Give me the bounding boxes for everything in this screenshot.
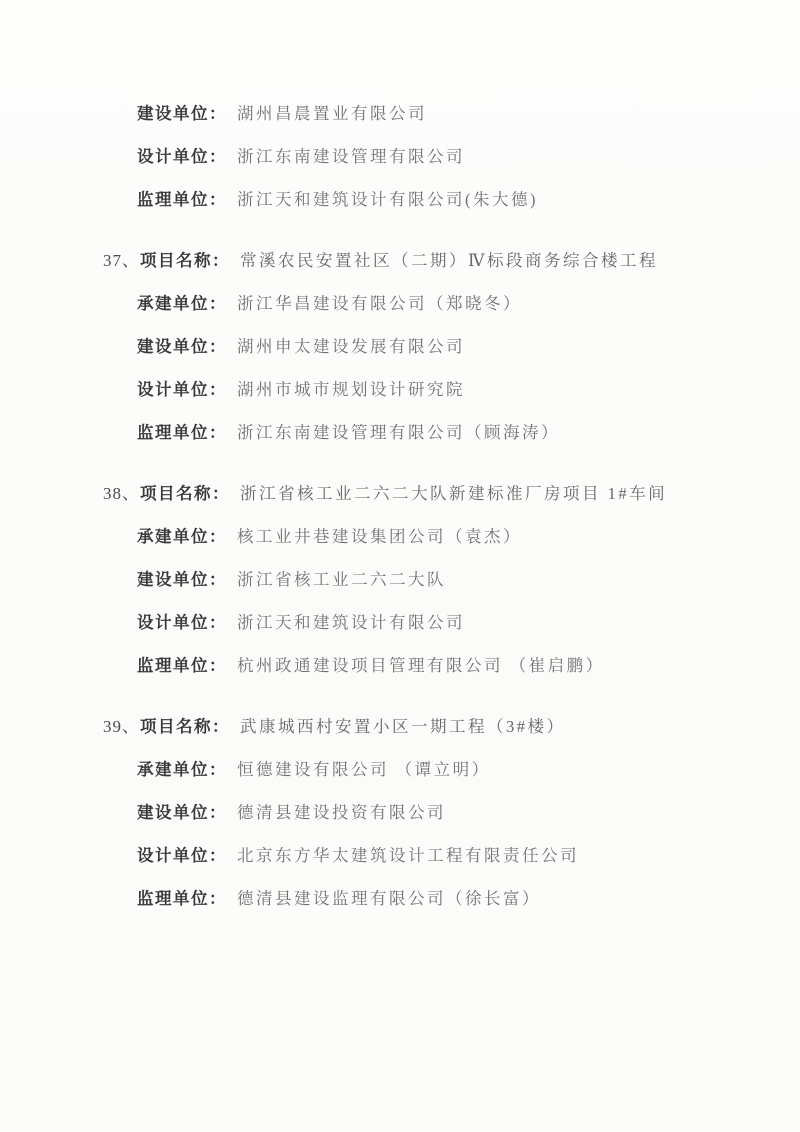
field-value: 德清县建设监理有限公司（徐长富） <box>237 889 541 908</box>
field-label: 监理单位： <box>137 423 227 442</box>
field-label: 建设单位： <box>137 104 227 123</box>
field-value: 浙江东南建设管理有限公司 <box>237 147 465 166</box>
project-block-38: 38、项目名称：浙江省核工业二六二大队新建标准厂房项目 1#车间 承建单位：核工… <box>103 479 760 676</box>
field-value: 杭州政通建设项目管理有限公司 （崔启鹏） <box>237 656 605 675</box>
project-name: 常溪农民安置社区（二期）Ⅳ标段商务综合楼工程 <box>240 251 658 270</box>
field-label: 建设单位： <box>137 337 227 356</box>
field-line: 建设单位：湖州申太建设发展有限公司 <box>137 333 760 357</box>
project-title-line: 39、项目名称：武康城西村安置小区一期工程（3#楼） <box>103 712 760 737</box>
field-line: 建设单位：浙江省核工业二六二大队 <box>137 566 760 590</box>
document-page: 建设单位：湖州昌晨置业有限公司 设计单位：浙江东南建设管理有限公司 监理单位：浙… <box>0 0 800 1132</box>
field-label: 监理单位： <box>137 656 227 675</box>
field-label: 设计单位： <box>137 613 227 632</box>
field-line: 承建单位：浙江华昌建设有限公司（郑晓冬） <box>137 290 760 314</box>
field-label: 承建单位： <box>137 527 227 546</box>
project-number: 38、 <box>103 479 140 504</box>
field-value: 湖州昌晨置业有限公司 <box>237 104 427 123</box>
field-line: 监理单位：德清县建设监理有限公司（徐长富） <box>137 885 760 909</box>
project-block-39: 39、项目名称：武康城西村安置小区一期工程（3#楼） 承建单位：恒德建设有限公司… <box>103 712 760 909</box>
field-line: 监理单位：浙江天和建筑设计有限公司(朱大德) <box>137 186 760 210</box>
project-name-label: 项目名称： <box>140 484 230 503</box>
field-value: 湖州申太建设发展有限公司 <box>237 337 465 356</box>
project-name-label: 项目名称： <box>140 251 230 270</box>
project-number: 39、 <box>103 712 140 737</box>
field-value: 北京东方华太建筑设计工程有限责任公司 <box>237 846 579 865</box>
field-label: 监理单位： <box>137 889 227 908</box>
field-value: 浙江天和建筑设计有限公司 <box>237 613 465 632</box>
field-value: 湖州市城市规划设计研究院 <box>237 380 465 399</box>
field-line: 设计单位：北京东方华太建筑设计工程有限责任公司 <box>137 842 760 866</box>
project-title-line: 37、项目名称：常溪农民安置社区（二期）Ⅳ标段商务综合楼工程 <box>103 246 760 271</box>
field-line: 建设单位：德清县建设投资有限公司 <box>137 799 760 823</box>
project-number: 37、 <box>103 246 140 271</box>
project-block-partial: 建设单位：湖州昌晨置业有限公司 设计单位：浙江东南建设管理有限公司 监理单位：浙… <box>137 100 760 210</box>
project-title-line: 38、项目名称：浙江省核工业二六二大队新建标准厂房项目 1#车间 <box>103 479 760 504</box>
field-label: 承建单位： <box>137 294 227 313</box>
field-line: 建设单位：湖州昌晨置业有限公司 <box>137 100 760 124</box>
field-value: 恒德建设有限公司 （谭立明） <box>237 760 491 779</box>
field-line: 监理单位：浙江东南建设管理有限公司（顾海涛） <box>137 419 760 443</box>
field-label: 监理单位： <box>137 190 227 209</box>
field-value: 浙江省核工业二六二大队 <box>237 570 446 589</box>
field-line: 设计单位：浙江天和建筑设计有限公司 <box>137 609 760 633</box>
field-value: 浙江东南建设管理有限公司（顾海涛） <box>237 423 560 442</box>
field-value: 德清县建设投资有限公司 <box>237 803 446 822</box>
field-line: 设计单位：湖州市城市规划设计研究院 <box>137 376 760 400</box>
field-label: 设计单位： <box>137 380 227 399</box>
project-name: 浙江省核工业二六二大队新建标准厂房项目 1#车间 <box>240 484 667 503</box>
field-label: 承建单位： <box>137 760 227 779</box>
field-label: 建设单位： <box>137 570 227 589</box>
field-line: 监理单位：杭州政通建设项目管理有限公司 （崔启鹏） <box>137 652 760 676</box>
field-value: 浙江天和建筑设计有限公司(朱大德) <box>237 190 538 209</box>
field-line: 承建单位：核工业井巷建设集团公司（袁杰） <box>137 523 760 547</box>
project-block-37: 37、项目名称：常溪农民安置社区（二期）Ⅳ标段商务综合楼工程 承建单位：浙江华昌… <box>103 246 760 443</box>
field-label: 建设单位： <box>137 803 227 822</box>
field-line: 设计单位：浙江东南建设管理有限公司 <box>137 143 760 167</box>
project-name-label: 项目名称： <box>140 717 230 736</box>
field-line: 承建单位：恒德建设有限公司 （谭立明） <box>137 756 760 780</box>
field-value: 浙江华昌建设有限公司（郑晓冬） <box>237 294 522 313</box>
field-label: 设计单位： <box>137 846 227 865</box>
field-value: 核工业井巷建设集团公司（袁杰） <box>237 527 522 546</box>
field-label: 设计单位： <box>137 147 227 166</box>
project-name: 武康城西村安置小区一期工程（3#楼） <box>240 717 566 736</box>
